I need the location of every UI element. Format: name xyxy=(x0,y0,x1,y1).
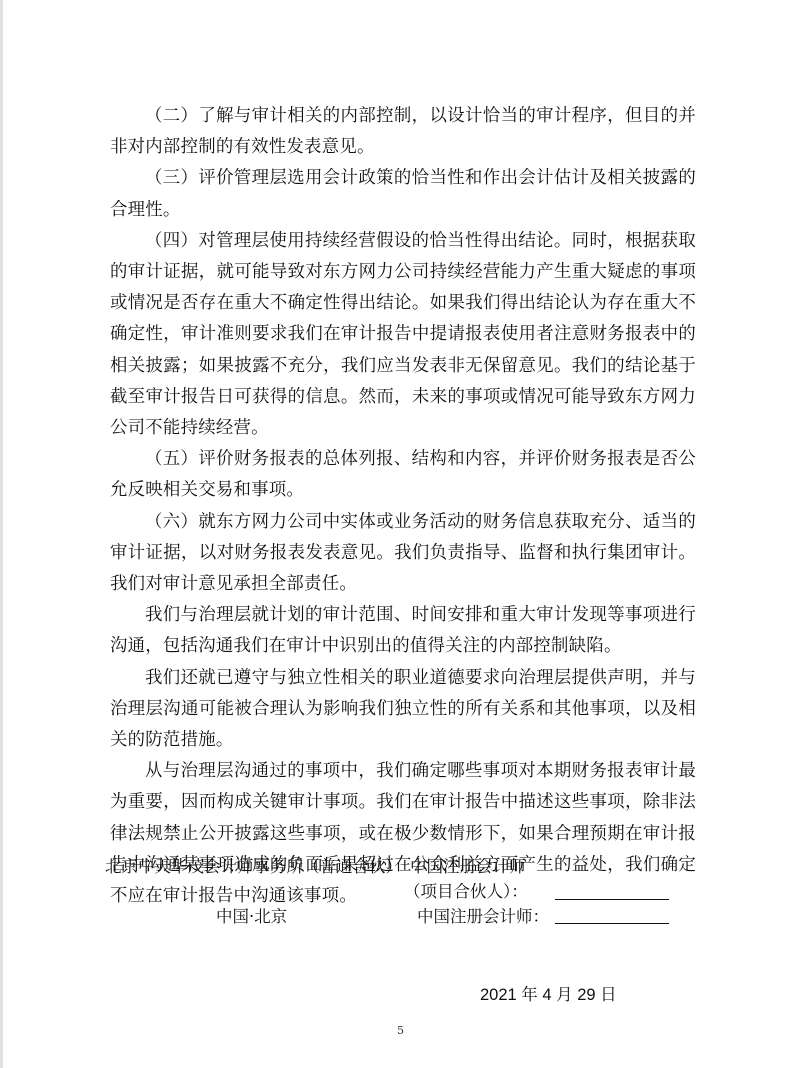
paragraph-governance-communication: 我们与治理层就计划的审计范围、时间安排和重大审计发现等事项进行沟通，包括沟通我们… xyxy=(110,600,696,662)
report-date: 2021 年 4 月 29 日 xyxy=(480,981,617,1005)
paragraph-going-concern: （四）对管理层使用持续经营假设的恰当性得出结论。同时，根据获取的审计证据，就可能… xyxy=(110,226,696,444)
paragraph-key-audit-matters: 从与治理层沟通过的事项中，我们确定哪些事项对本期财务报表审计最为重要，因而构成关… xyxy=(110,756,696,912)
paragraph-accounting-policies: （三）评价管理层选用会计政策的恰当性和作出会计估计及相关披露的合理性。 xyxy=(110,163,696,225)
partner-signature-line xyxy=(555,899,669,900)
page-number: 5 xyxy=(397,1024,404,1037)
paragraph-group-audit: （六）就东方网力公司中实体或业务活动的财务信息获取充分、适当的审计证据，以对财务… xyxy=(110,507,696,601)
firm-name: 北京中天华茂会计师事务所（普通合伙） xyxy=(105,856,402,878)
cpa-label: 中国注册会计师： xyxy=(417,906,549,928)
paragraph-presentation: （五）评价财务报表的总体列报、结构和内容，并评价财务报表是否公允反映相关交易和事… xyxy=(110,444,696,506)
cpa-partner-label: 中国注册会计师 xyxy=(410,856,526,878)
firm-location: 中国·北京 xyxy=(216,906,287,928)
cpa-signature-line xyxy=(555,923,669,924)
paragraph-internal-control: （二）了解与审计相关的内部控制，以设计恰当的审计程序，但目的并非对内部控制的有效… xyxy=(110,101,696,163)
project-partner-label: （项目合伙人）： xyxy=(404,881,528,903)
page-edge xyxy=(0,0,3,1068)
paragraph-independence: 我们还就已遵守与独立性相关的职业道德要求向治理层提供声明，并与治理层沟通可能被合… xyxy=(110,663,696,757)
report-body: （二）了解与审计相关的内部控制，以设计恰当的审计程序，但目的并非对内部控制的有效… xyxy=(110,101,696,912)
